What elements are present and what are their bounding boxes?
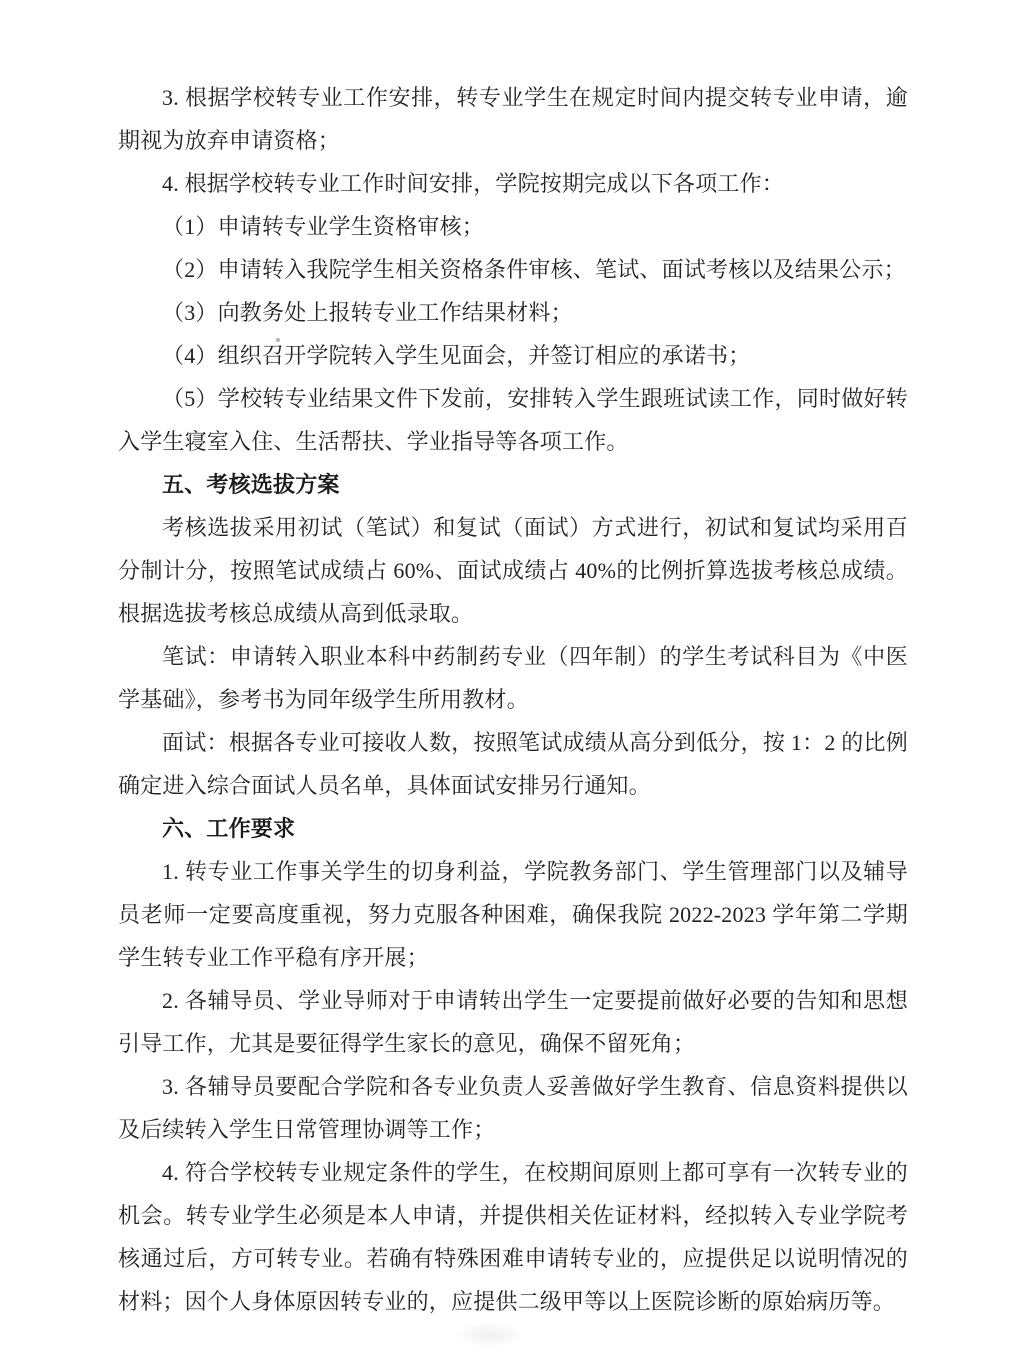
paragraph-item-4: 4. 根据学校转专业工作时间安排，学院按期完成以下各项工作： xyxy=(118,162,908,205)
section-heading-5: 五、考核选拔方案 xyxy=(118,463,908,506)
paragraph-subitem-5: （5）学校转专业结果文件下发前，安排转入学生跟班试读工作，同时做好转入学生寝室入… xyxy=(118,377,908,463)
paragraph-subitem-2: （2）申请转入我院学生相关资格条件审核、笔试、面试考核以及结果公示； xyxy=(118,248,908,291)
paragraph-item-3: 3. 根据学校转专业工作安排，转专业学生在规定时间内提交转专业申请，逾期视为放弃… xyxy=(118,76,908,162)
paragraph-subitem-1: （1）申请转专业学生资格审核； xyxy=(118,205,908,248)
document-body: 3. 根据学校转专业工作安排，转专业学生在规定时间内提交转专业申请，逾期视为放弃… xyxy=(118,76,908,1323)
paragraph-interview: 面试：根据各专业可接收人数，按照笔试成绩从高分到低分，按 1：2 的比例确定进入… xyxy=(118,721,908,807)
paragraph-subitem-3: （3）向教务处上报转专业工作结果材料； xyxy=(118,291,908,334)
scan-speck-artifact xyxy=(276,338,280,342)
paragraph-assessment-scheme: 考核选拔采用初试（笔试）和复试（面试）方式进行，初试和复试均采用百分制计分，按照… xyxy=(118,506,908,635)
paragraph-requirement-1: 1. 转专业工作事关学生的切身利益，学院教务部门、学生管理部门以及辅导员老师一定… xyxy=(118,850,908,979)
scanned-document-page: 3. 根据学校转专业工作安排，转专业学生在规定时间内提交转专业申请，逾期视为放弃… xyxy=(0,0,1024,1365)
paragraph-written-test: 笔试：申请转入职业本科中药制药专业（四年制）的学生考试科目为《中医学基础》，参考… xyxy=(118,635,908,721)
paragraph-requirement-3: 3. 各辅导员要配合学院和各专业负责人妥善做好学生教育、信息资料提供以及后续转入… xyxy=(118,1065,908,1151)
paragraph-requirement-4: 4. 符合学校转专业规定条件的学生，在校期间原则上都可享有一次转专业的机会。转专… xyxy=(118,1151,908,1323)
section-heading-6: 六、工作要求 xyxy=(118,807,908,850)
paragraph-subitem-4: （4）组织召开学院转入学生见面会，并签订相应的承诺书； xyxy=(118,334,908,377)
scan-smudge-artifact xyxy=(455,1322,525,1348)
paragraph-requirement-2: 2. 各辅导员、学业导师对于申请转出学生一定要提前做好必要的告知和思想引导工作，… xyxy=(118,979,908,1065)
